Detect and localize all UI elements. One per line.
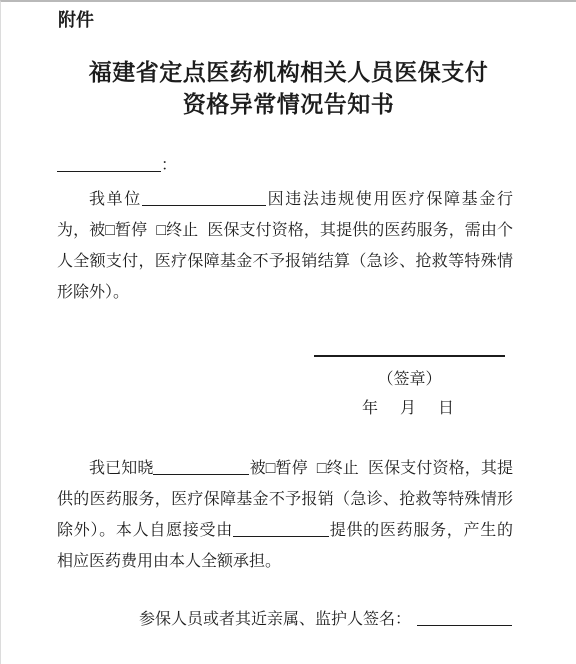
checkbox-suspend: □ xyxy=(105,222,115,239)
document-title-line2: 资格异常情况告知书 xyxy=(1,89,576,121)
stamp-signature-line xyxy=(314,338,505,357)
blank-addressee xyxy=(57,155,161,172)
suspend-label: 暂停 xyxy=(115,222,147,239)
blank-unit-name xyxy=(142,189,266,206)
date-line: 年 月 日 xyxy=(314,398,505,420)
stamp-label: （签章） xyxy=(314,369,505,391)
checkbox-terminate: □ xyxy=(156,222,166,239)
attachment-label: 附件 xyxy=(58,10,94,30)
blank-provider-name xyxy=(233,520,329,537)
signee-label: 参保人员或者其近亲属、监护人签名： xyxy=(139,611,411,628)
signee-signature-line: 参保人员或者其近亲属、监护人签名： xyxy=(139,608,512,632)
blank-signee-signature xyxy=(417,609,512,626)
para1-lead-text: 我单位 xyxy=(89,191,142,208)
checkbox-terminate-2: □ xyxy=(317,460,327,477)
terminate-label: 终止 xyxy=(166,222,198,239)
salutation-line: ： xyxy=(57,154,177,178)
paragraph-unit-notice: 我单位因违法违规使用医疗保障基金行为，被□暂停□终止医保支付资格，其提供的医药服… xyxy=(57,184,513,308)
terminate-label-2: 终止 xyxy=(327,460,359,477)
document-title-line1: 福建省定点医药机构相关人员医保支付 xyxy=(1,57,576,89)
salutation-colon: ： xyxy=(161,157,177,174)
paragraph-acknowledgement: 我已知晓被□暂停□终止医保支付资格，其提供的医药服务，医疗保障基金不予报销（急诊… xyxy=(57,453,513,577)
para2-lead-text: 我已知晓 xyxy=(89,460,153,477)
document-page: 附件 福建省定点医药机构相关人员医保支付 资格异常情况告知书 ： 我单位因违法违… xyxy=(0,0,576,664)
para2-bei-text: 被 xyxy=(249,460,265,477)
suspend-label-2: 暂停 xyxy=(276,460,308,477)
checkbox-suspend-2: □ xyxy=(266,460,276,477)
blank-person-name xyxy=(153,458,249,475)
document-title: 福建省定点医药机构相关人员医保支付 资格异常情况告知书 xyxy=(1,57,576,121)
